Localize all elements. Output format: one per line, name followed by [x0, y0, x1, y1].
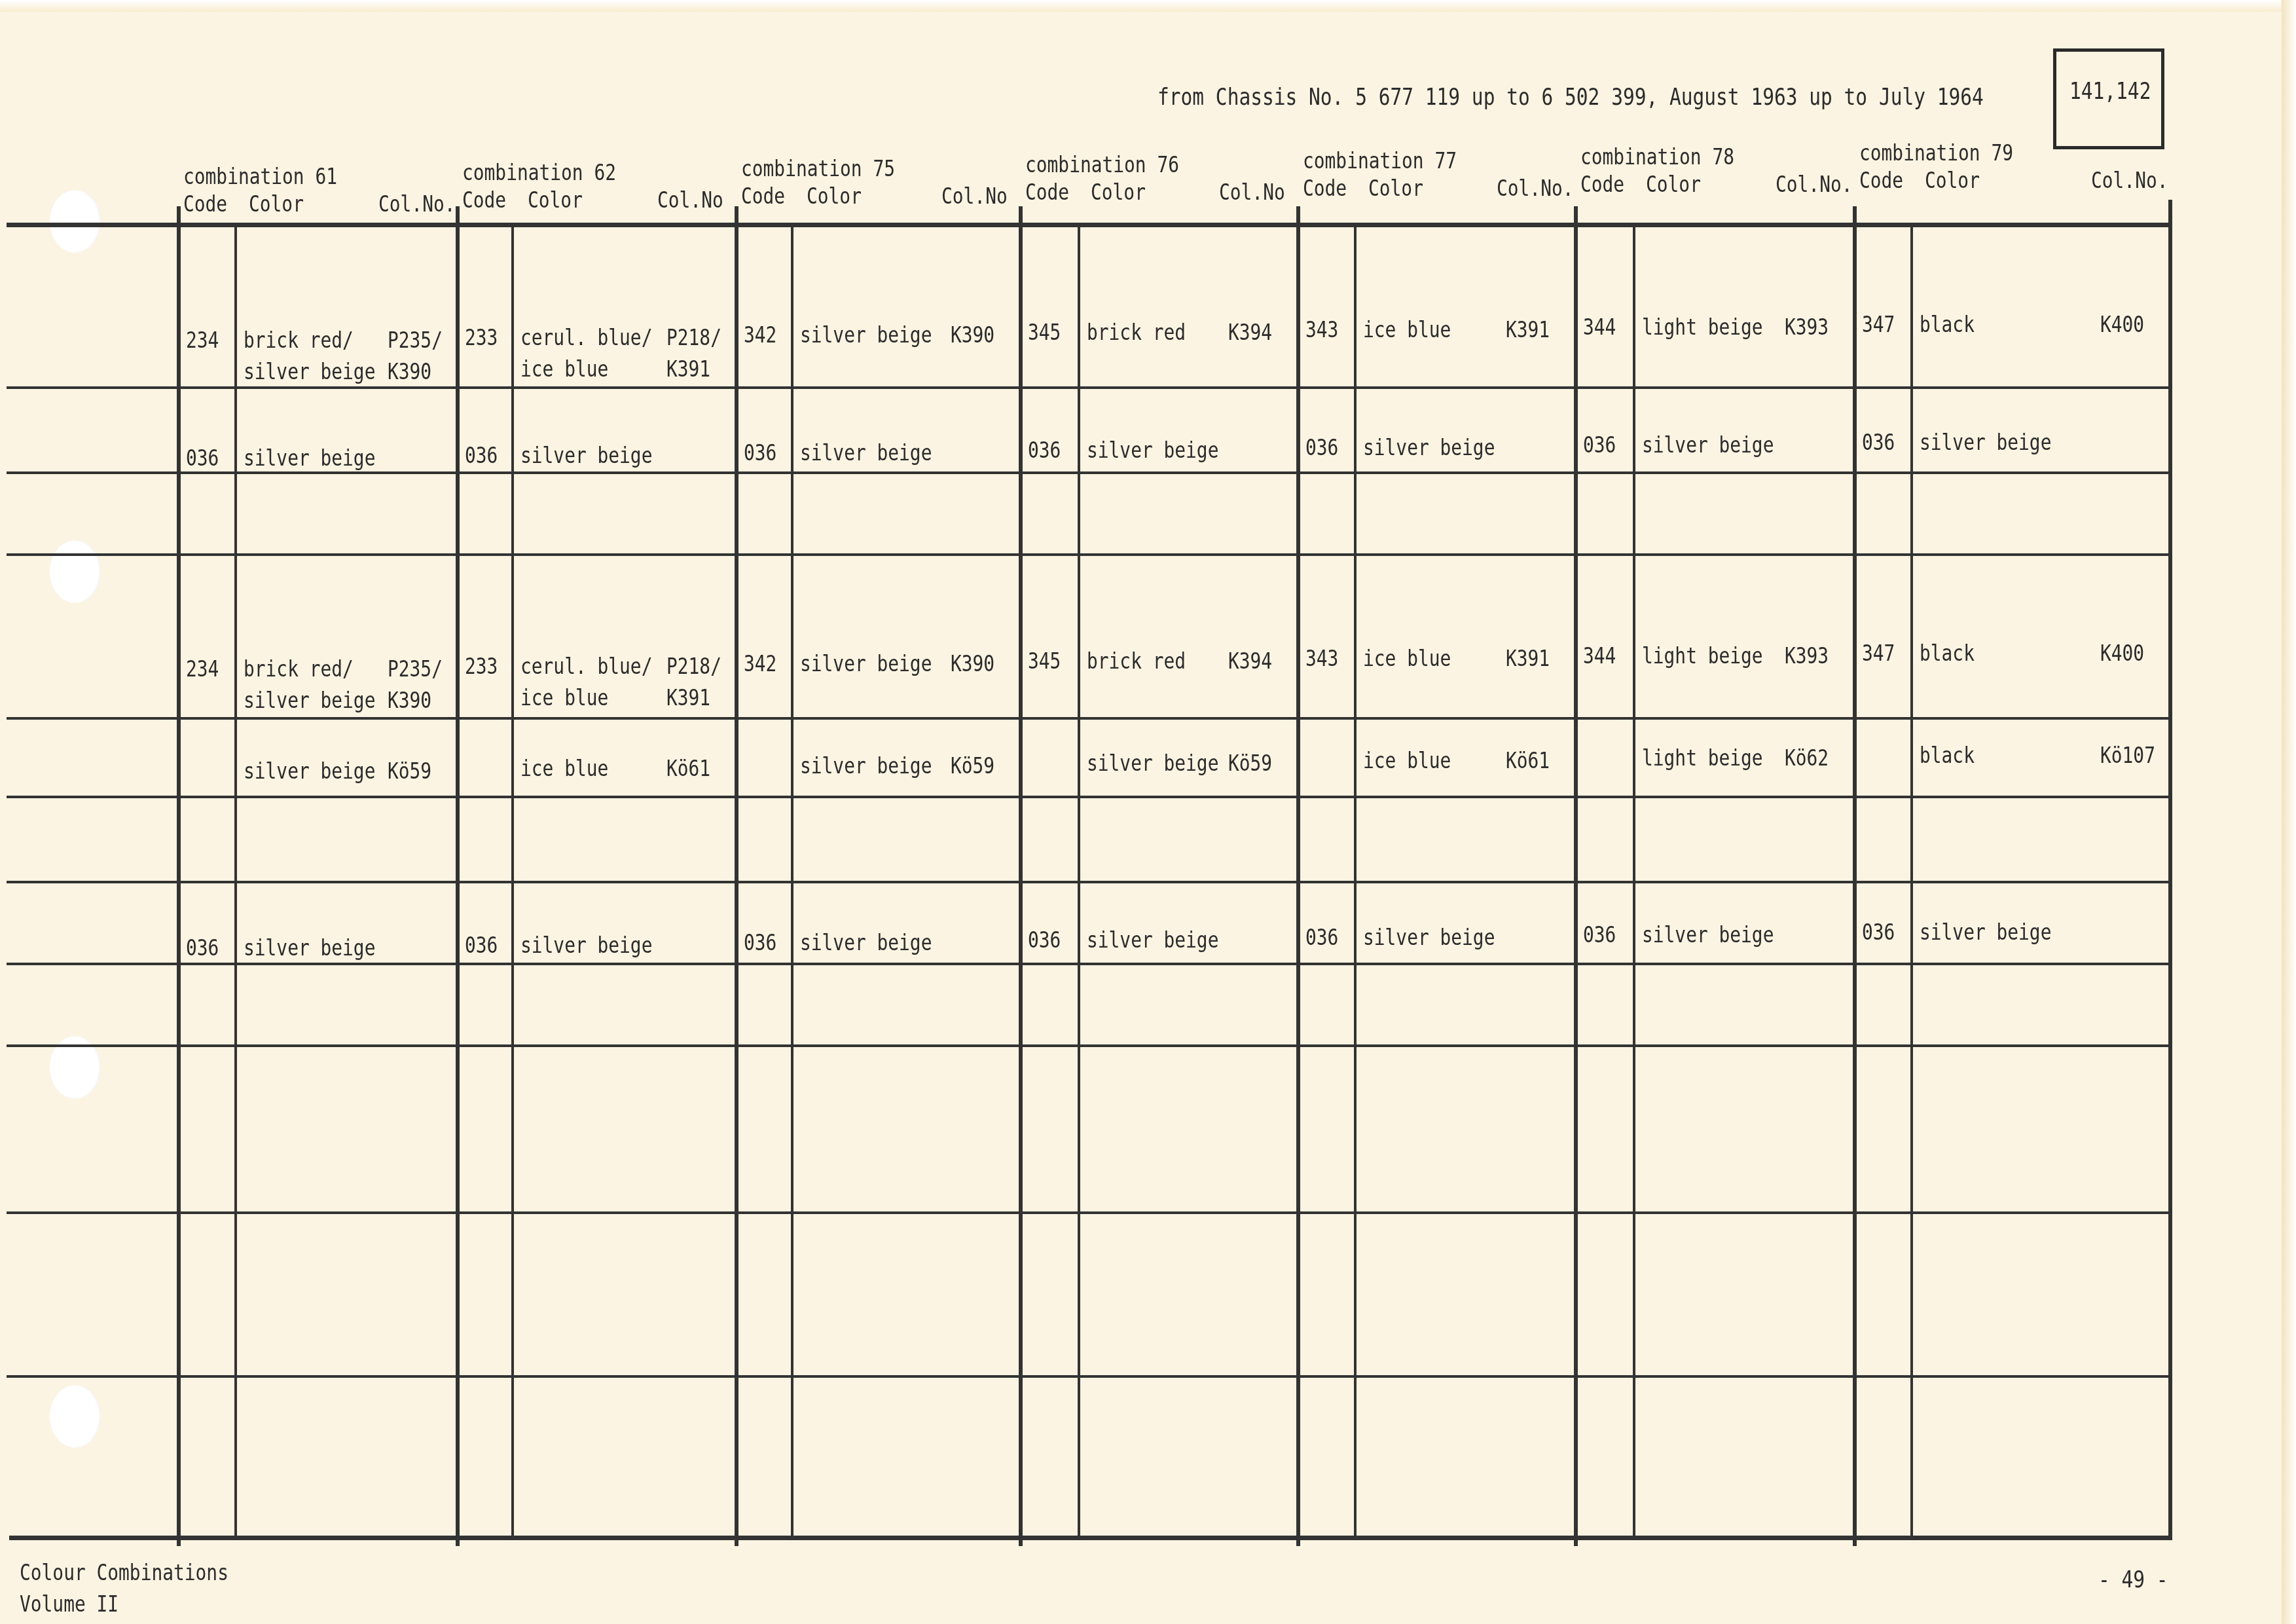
color-name: light beige: [1642, 745, 1763, 771]
color-name: brick red/: [244, 656, 354, 682]
combination-title: combination 79: [1859, 140, 2013, 166]
paint-code: 036: [744, 440, 776, 466]
column-header-code: Code: [462, 187, 506, 213]
color-number: K393: [1785, 314, 1829, 341]
row-divider: [7, 1211, 2171, 1214]
row-divider: [7, 553, 2171, 556]
code-column-divider: [791, 223, 793, 1536]
column-header-code: Code: [183, 191, 227, 217]
paper-top-edge: [0, 0, 2296, 12]
column-header-code: Code: [1580, 172, 1624, 198]
column-header-color: Color: [1091, 179, 1146, 206]
row-divider: [7, 1044, 2171, 1047]
color-name: silver beige: [1087, 437, 1218, 464]
color-name: brick red: [1087, 320, 1186, 346]
reference-box: 141,142: [2053, 48, 2164, 149]
color-name: silver beige: [800, 440, 932, 466]
color-number: Kö62: [1785, 745, 1829, 771]
paint-code: 036: [465, 443, 498, 469]
color-name: black: [1920, 312, 1975, 338]
color-number: K390: [951, 651, 994, 677]
group-divider: [177, 206, 181, 1546]
color-name: silver beige: [1642, 432, 1774, 458]
code-column-divider: [234, 223, 237, 1536]
color-name: silver beige: [244, 758, 375, 784]
paint-code: 344: [1583, 643, 1616, 669]
table-top-rule: [7, 223, 2172, 227]
color-name: ice blue: [1363, 317, 1451, 343]
row-divider: [7, 471, 2171, 474]
paint-code: 036: [186, 935, 219, 961]
column-header-color: Color: [1646, 172, 1701, 198]
color-number-secondary: K391: [666, 685, 710, 711]
paint-code: 036: [744, 930, 776, 956]
color-name: brick red: [1087, 648, 1186, 674]
paint-code: 343: [1305, 646, 1338, 672]
column-header-code: Code: [1303, 175, 1347, 202]
combination-title: combination 76: [1025, 152, 1179, 178]
paint-code: 036: [1305, 435, 1338, 461]
punch-hole: [50, 1385, 101, 1448]
paint-code: 036: [1862, 919, 1895, 946]
column-header-col-no: Col.No: [657, 187, 723, 213]
column-header-color: Color: [249, 191, 304, 217]
footer-title: Colour Combinations: [20, 1560, 228, 1586]
punch-hole: [50, 190, 101, 253]
paint-code: 234: [186, 327, 219, 354]
reference-number: 141,142: [2069, 78, 2151, 105]
paint-code: 036: [1028, 927, 1061, 953]
color-number: Kö61: [1506, 748, 1550, 774]
color-name: black: [1920, 640, 1975, 667]
page-number: - 49 -: [2098, 1566, 2168, 1593]
color-number: P235/: [388, 327, 443, 354]
color-name: brick red/: [244, 327, 354, 354]
paint-code: 345: [1028, 320, 1061, 346]
column-header-color: Color: [528, 187, 583, 213]
group-divider: [1296, 206, 1300, 1546]
chassis-range-heading: from Chassis No. 5 677 119 up to 6 502 3…: [1157, 84, 1984, 111]
row-divider: [7, 1375, 2171, 1378]
color-name: silver beige: [520, 932, 652, 959]
color-number: Kö59: [1228, 750, 1272, 777]
code-column-divider: [511, 223, 514, 1536]
color-number: K394: [1228, 648, 1272, 674]
color-name-secondary: ice blue: [520, 356, 608, 382]
color-name-secondary: silver beige: [244, 688, 375, 714]
paint-code: 347: [1862, 312, 1895, 338]
row-divider: [7, 963, 2171, 965]
column-header-col-no: Col.No.: [378, 191, 456, 217]
column-header-col-no: Col.No.: [2091, 168, 2168, 194]
color-number-secondary: K390: [388, 688, 431, 714]
combination-title: combination 78: [1580, 144, 1734, 170]
color-name: silver beige: [1920, 919, 2051, 946]
column-header-color: Color: [807, 183, 862, 210]
paint-code: 036: [1028, 437, 1061, 464]
color-name: light beige: [1642, 314, 1763, 341]
group-divider: [735, 206, 738, 1546]
color-number: K394: [1228, 320, 1272, 346]
column-header-col-no: Col.No.: [1776, 172, 1853, 198]
column-header-code: Code: [741, 183, 785, 210]
color-name-secondary: ice blue: [520, 685, 608, 711]
column-header-code: Code: [1025, 179, 1069, 206]
paint-code: 344: [1583, 314, 1616, 341]
color-name: silver beige: [1642, 922, 1774, 948]
paint-code: 233: [465, 325, 498, 351]
combination-title: combination 75: [741, 156, 895, 182]
color-number: P218/: [666, 325, 721, 351]
group-divider: [2168, 200, 2172, 1540]
color-number: Kö59: [388, 758, 431, 784]
color-name: silver beige: [1363, 925, 1495, 951]
color-number: K393: [1785, 643, 1829, 669]
color-number: P235/: [388, 656, 443, 682]
punch-hole: [50, 540, 101, 603]
color-name: silver beige: [1363, 435, 1495, 461]
color-number: Kö107: [2100, 743, 2155, 769]
paint-code: 345: [1028, 648, 1061, 674]
color-name: silver beige: [800, 322, 932, 348]
color-name: silver beige: [800, 753, 932, 779]
color-name: silver beige: [800, 930, 932, 956]
combination-title: combination 61: [183, 164, 337, 190]
color-name: silver beige: [520, 443, 652, 469]
combination-title: combination 77: [1303, 148, 1457, 174]
table-bottom-rule: [9, 1536, 2172, 1540]
paint-code: 036: [465, 932, 498, 959]
color-name: silver beige: [1087, 927, 1218, 953]
color-name: ice blue: [520, 756, 608, 782]
color-number-secondary: K390: [388, 359, 431, 385]
color-number: Kö61: [666, 756, 710, 782]
column-header-col-no: Col.No: [941, 183, 1008, 210]
color-number: K390: [951, 322, 994, 348]
color-name: silver beige: [1920, 430, 2051, 456]
paint-code: 343: [1305, 317, 1338, 343]
color-number: Kö59: [951, 753, 994, 779]
paint-code: 342: [744, 651, 776, 677]
color-name: ice blue: [1363, 748, 1451, 774]
color-name: cerul. blue/: [520, 654, 652, 680]
footer-volume: Volume II: [20, 1591, 118, 1617]
paint-code: 233: [465, 654, 498, 680]
color-name: ice blue: [1363, 646, 1451, 672]
row-divider: [7, 717, 2171, 720]
group-divider: [1574, 206, 1578, 1546]
row-divider: [7, 881, 2171, 883]
code-column-divider: [1910, 223, 1913, 1536]
color-name: silver beige: [244, 935, 375, 961]
paint-code: 036: [186, 445, 219, 471]
paint-code: 036: [1305, 925, 1338, 951]
paint-code: 036: [1583, 432, 1616, 458]
color-name: light beige: [1642, 643, 1763, 669]
color-name: silver beige: [1087, 750, 1218, 777]
paint-code: 342: [744, 322, 776, 348]
row-divider: [7, 386, 2171, 389]
color-name: silver beige: [800, 651, 932, 677]
column-header-color: Color: [1925, 168, 1980, 194]
code-column-divider: [1633, 223, 1635, 1536]
color-number: K391: [1506, 317, 1550, 343]
group-divider: [1019, 206, 1023, 1546]
row-divider: [7, 796, 2171, 798]
color-name: silver beige: [244, 445, 375, 471]
color-name-secondary: silver beige: [244, 359, 375, 385]
column-header-col-no: Col.No.: [1497, 175, 1574, 202]
group-divider: [456, 206, 460, 1546]
column-header-code: Code: [1859, 168, 1903, 194]
color-number: P218/: [666, 654, 721, 680]
color-number: K391: [1506, 646, 1550, 672]
column-header-color: Color: [1368, 175, 1423, 202]
paper-right-edge: [2282, 0, 2296, 1624]
paint-code: 234: [186, 656, 219, 682]
paint-code: 036: [1862, 430, 1895, 456]
color-number-secondary: K391: [666, 356, 710, 382]
paint-code: 036: [1583, 922, 1616, 948]
color-number: K400: [2100, 312, 2144, 338]
group-divider: [1853, 206, 1857, 1546]
paint-code: 347: [1862, 640, 1895, 667]
code-column-divider: [1078, 223, 1080, 1536]
column-header-col-no: Col.No: [1219, 179, 1285, 206]
combination-title: combination 62: [462, 160, 616, 186]
color-number: K400: [2100, 640, 2144, 667]
color-name: cerul. blue/: [520, 325, 652, 351]
color-name: black: [1920, 743, 1975, 769]
code-column-divider: [1354, 223, 1357, 1536]
